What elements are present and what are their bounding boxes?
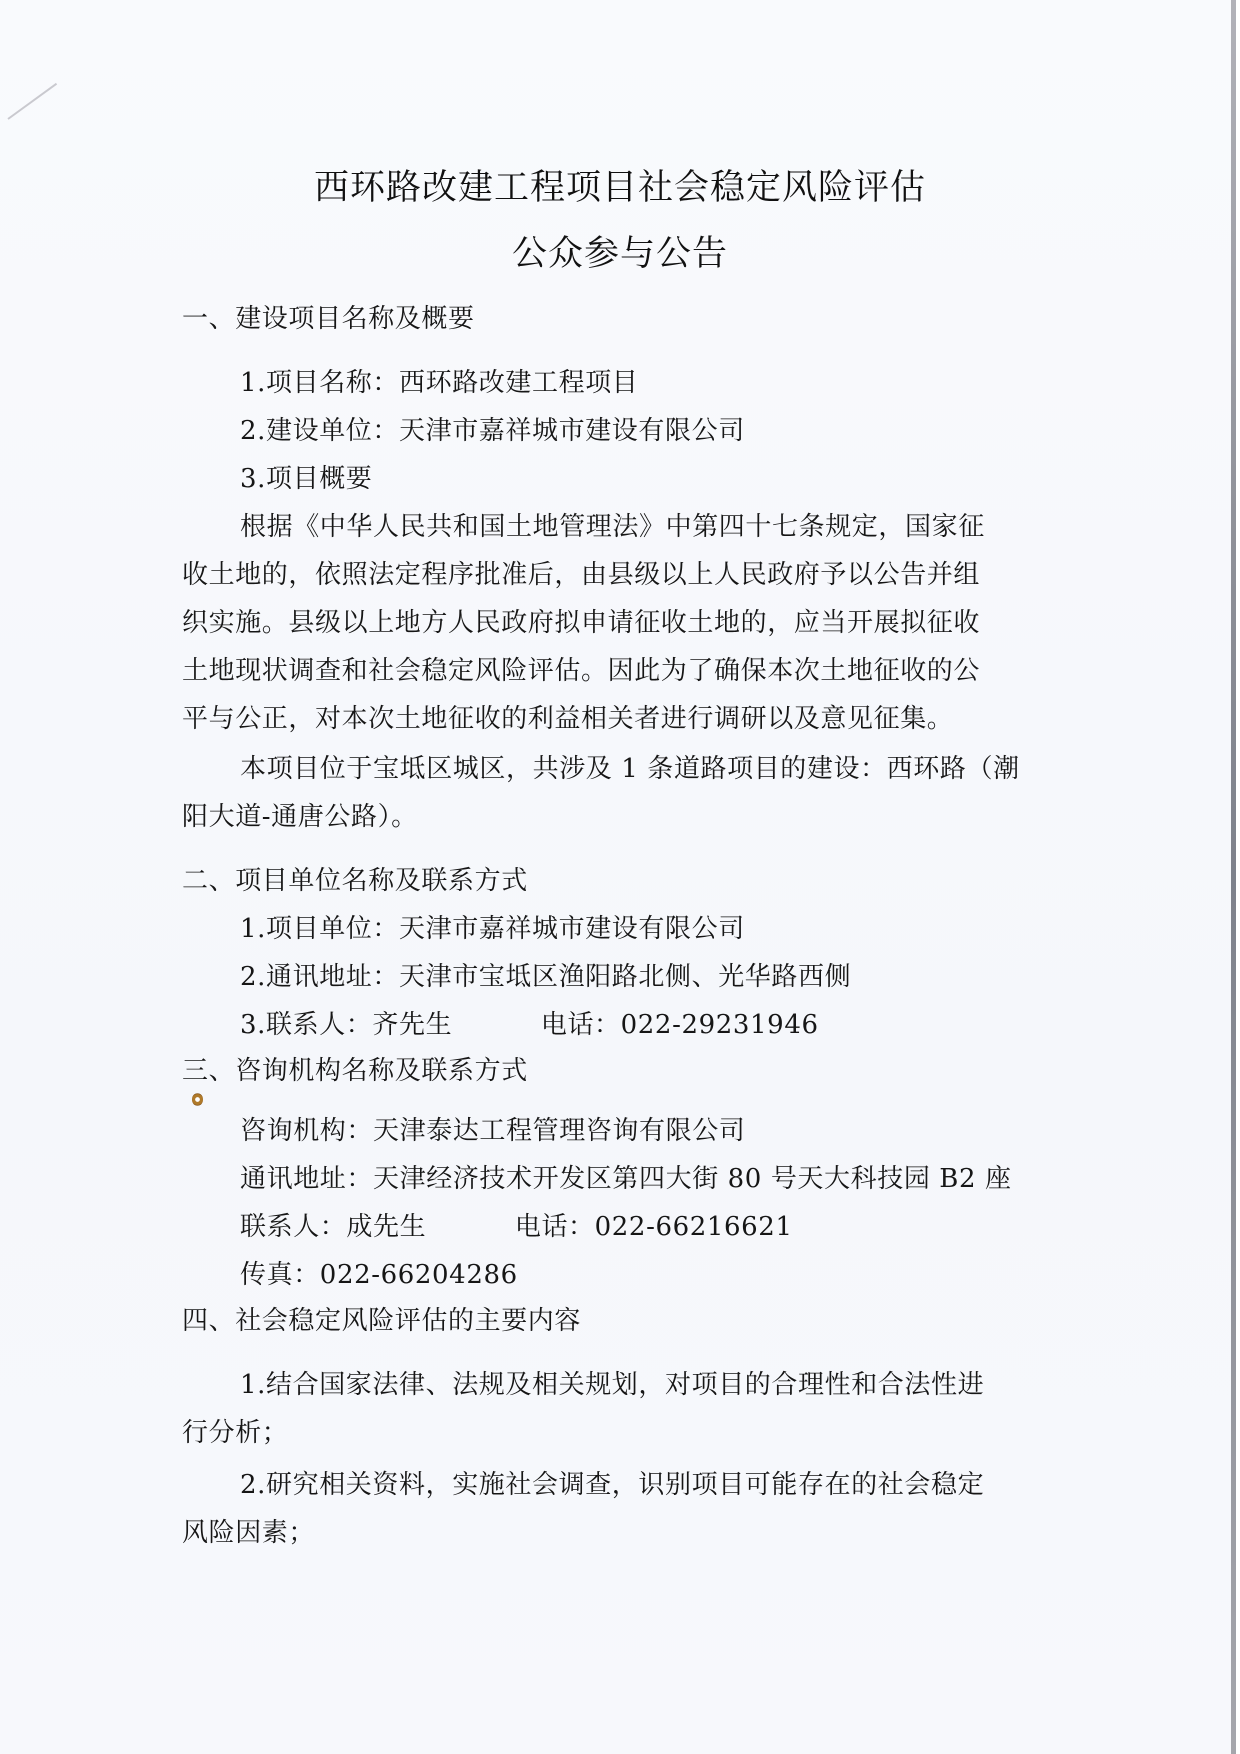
project-address-item: 2.通讯地址：天津市宝坻区渔阳路北侧、光华路西侧 (240, 956, 851, 993)
content-item-1-line: 行分析； (182, 1412, 288, 1449)
document-title: 西环路改建工程项目社会稳定风险评估 (0, 160, 1240, 210)
section-heading-3: 三、咨询机构名称及联系方式 (182, 1050, 528, 1087)
consulting-address-item: 通讯地址：天津经济技术开发区第四大街 80 号天大科技园 B2 座 (240, 1158, 1012, 1195)
section-heading-2: 二、项目单位名称及联系方式 (182, 860, 528, 897)
construction-unit-item: 2.建设单位：天津市嘉祥城市建设有限公司 (240, 410, 745, 447)
project-contact-item: 3.联系人：齐先生 电话：022-29231946 (240, 1004, 819, 1041)
section-heading-1: 一、建设项目名称及概要 (182, 298, 475, 335)
consulting-agency-item: 咨询机构：天津泰达工程管理咨询有限公司 (240, 1110, 745, 1147)
content-item-1-line: 1.结合国家法律、法规及相关规划，对项目的合理性和合法性进 (240, 1364, 984, 1401)
document-subtitle: 公众参与公告 (0, 226, 1240, 276)
overview-paragraph-line: 平与公正，对本次土地征收的利益相关者进行调研以及意见征集。 (182, 698, 953, 735)
scanned-page: 西环路改建工程项目社会稳定风险评估 公众参与公告 一、建设项目名称及概要 1.项… (0, 0, 1240, 1754)
overview-paragraph-line: 收土地的，依照法定程序批准后，由县级以上人民政府予以公告并组 (182, 554, 980, 591)
staple-stain (192, 1093, 203, 1106)
overview-paragraph-line: 土地现状调查和社会稳定风险评估。因此为了确保本次土地征收的公 (182, 650, 980, 687)
project-unit-item: 1.项目单位：天津市嘉祥城市建设有限公司 (240, 908, 745, 945)
overview-paragraph-line: 根据《中华人民共和国土地管理法》中第四十七条规定，国家征 (240, 506, 985, 543)
paper-fold-mark (7, 83, 57, 120)
section-heading-4: 四、社会稳定风险评估的主要内容 (182, 1300, 581, 1337)
location-paragraph-line: 阳大道-通唐公路）。 (182, 796, 418, 833)
location-paragraph-line: 本项目位于宝坻区城区，共涉及 1 条道路项目的建设：西环路（潮 (240, 748, 1020, 785)
project-overview-item: 3.项目概要 (240, 458, 372, 495)
overview-paragraph-line: 织实施。县级以上地方人民政府拟申请征收土地的，应当开展拟征收 (182, 602, 980, 639)
content-item-2-line: 2.研究相关资料，实施社会调查，识别项目可能存在的社会稳定 (240, 1464, 984, 1501)
consulting-fax-item: 传真：022-66204286 (240, 1254, 518, 1291)
consulting-contact-item: 联系人：成先生 电话：022-66216621 (240, 1206, 793, 1243)
content-item-2-line: 风险因素； (182, 1512, 315, 1549)
project-name-item: 1.项目名称：西环路改建工程项目 (240, 362, 638, 399)
